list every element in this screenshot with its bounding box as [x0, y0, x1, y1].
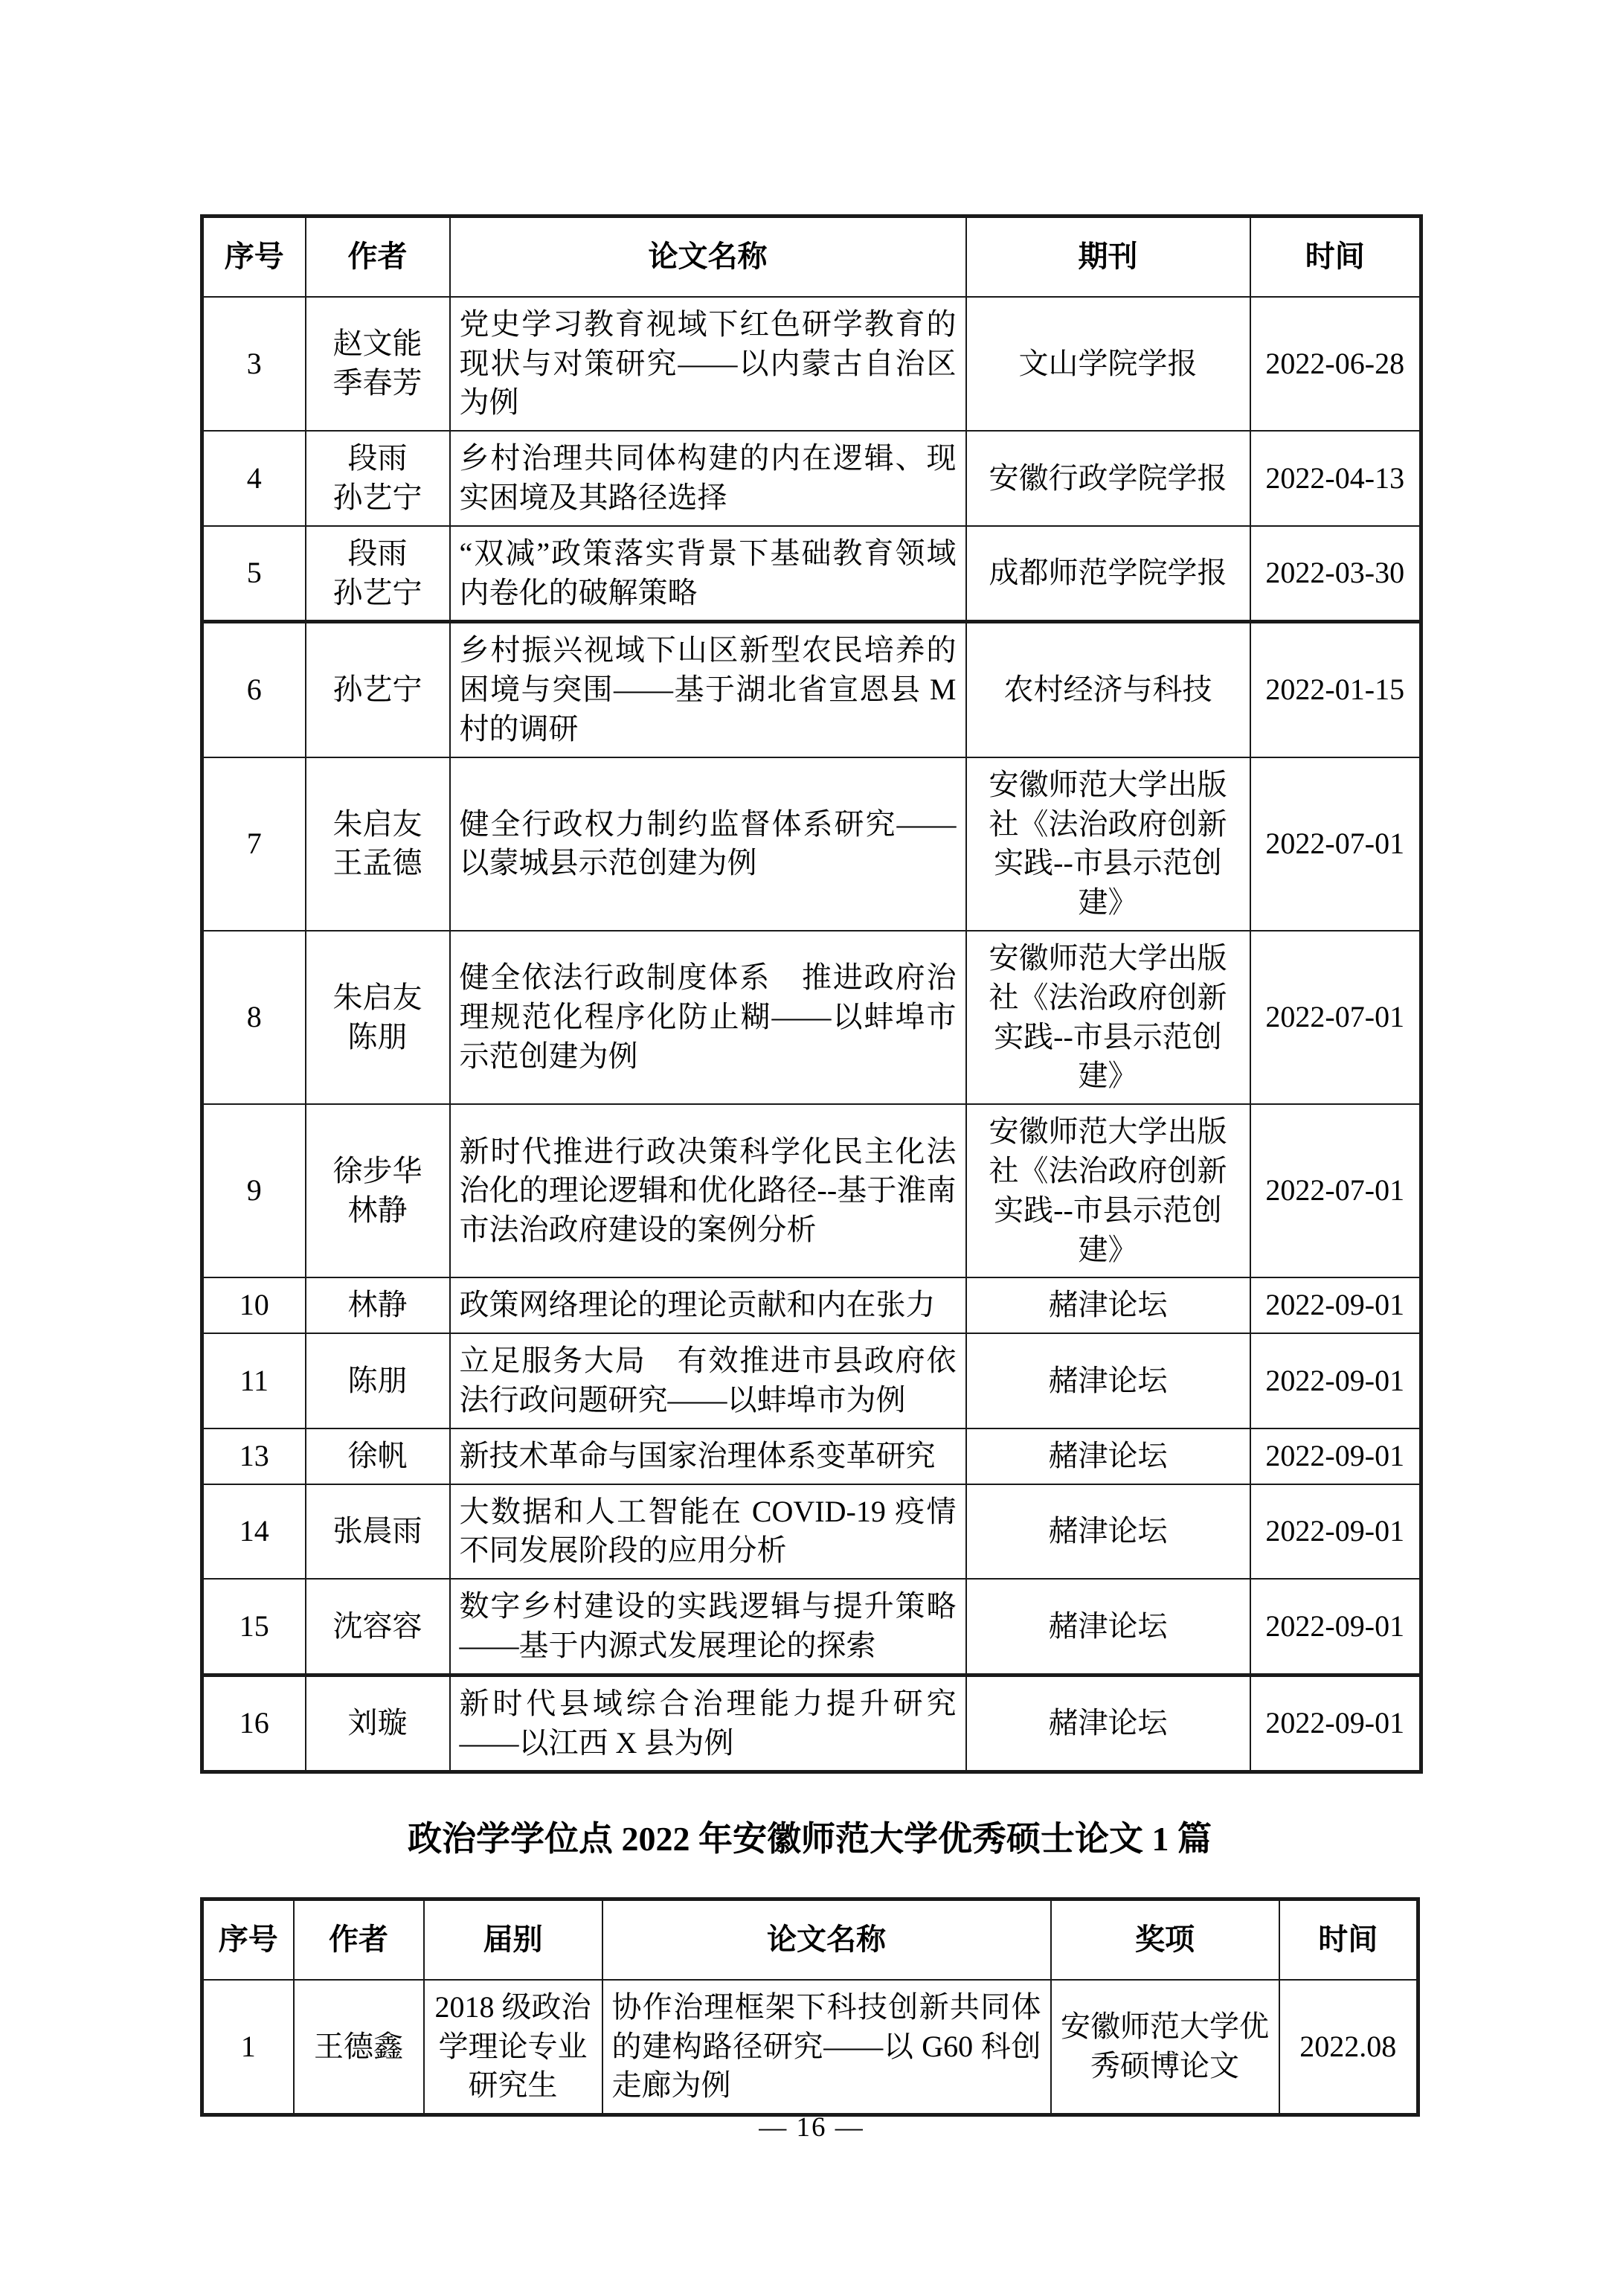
paper-no: 14 [202, 1484, 306, 1580]
paper-journal: 赭津论坛 [966, 1484, 1250, 1580]
paper-cohort: 2018 级政治学理论专业研究生 [424, 1980, 602, 2115]
paper-award: 安徽师范大学优秀硕博论文 [1051, 1980, 1279, 2115]
paper-title: “双减”政策落实背景下基础教育领域内卷化的破解策略 [450, 526, 966, 622]
paper-title: 乡村振兴视域下山区新型农民培养的困境与突围——基于湖北省宣恩县 M 村的调研 [450, 622, 966, 757]
header-title: 论文名称 [602, 1899, 1051, 1980]
paper-no: 15 [202, 1579, 306, 1675]
paper-title: 健全行政权力制约监督体系研究——以蒙城县示范创建为例 [450, 757, 966, 931]
page-content: 序号 作者 论文名称 期刊 时间 3 赵文能 季春芳 党史学习教育视域下红色研学… [200, 214, 1419, 2117]
paper-journal: 安徽行政学院学报 [966, 431, 1250, 526]
header-journal: 期刊 [966, 217, 1250, 297]
paper-date: 2022-09-01 [1250, 1333, 1421, 1428]
header-award: 奖项 [1051, 1899, 1279, 1980]
paper-title: 立足服务大局 有效推进市县政府依法行政问题研究——以蚌埠市为例 [450, 1333, 966, 1428]
paper-journal: 安徽师范大学出版社《法治政府创新实践--市县示范创建》 [966, 757, 1250, 931]
paper-no: 11 [202, 1333, 306, 1428]
paper-journal: 赭津论坛 [966, 1277, 1250, 1333]
paper-journal: 赭津论坛 [966, 1579, 1250, 1675]
table-row: 15 沈容容 数字乡村建设的实践逻辑与提升策略——基于内源式发展理论的探索 赭津… [202, 1579, 1421, 1675]
paper-no: 16 [202, 1675, 306, 1772]
header-date: 时间 [1279, 1899, 1418, 1980]
paper-no: 1 [202, 1980, 294, 2115]
paper-journal: 赭津论坛 [966, 1428, 1250, 1484]
header-cohort: 届别 [424, 1899, 602, 1980]
paper-title: 大数据和人工智能在 COVID-19 疫情不同发展阶段的应用分析 [450, 1484, 966, 1580]
paper-date: 2022-04-13 [1250, 431, 1421, 526]
table-row: 14 张晨雨 大数据和人工智能在 COVID-19 疫情不同发展阶段的应用分析 … [202, 1484, 1421, 1580]
header-title: 论文名称 [450, 217, 966, 297]
paper-journal: 农村经济与科技 [966, 622, 1250, 757]
paper-authors: 沈容容 [306, 1579, 450, 1675]
publications-table: 序号 作者 论文名称 期刊 时间 3 赵文能 季春芳 党史学习教育视域下红色研学… [200, 214, 1423, 1774]
table-row: 8 朱启友 陈朋 健全依法行政制度体系 推进政府治理规范化程序化防止糊——以蚌埠… [202, 931, 1421, 1104]
paper-date: 2022-03-30 [1250, 526, 1421, 622]
paper-authors: 朱启友 陈朋 [306, 931, 450, 1104]
paper-authors: 张晨雨 [306, 1484, 450, 1580]
section-title: 政治学学位点 2022 年安徽师范大学优秀硕士论文 1 篇 [200, 1817, 1419, 1862]
paper-date: 2022-06-28 [1250, 297, 1421, 431]
paper-journal: 成都师范学院学报 [966, 526, 1250, 622]
paper-journal: 赭津论坛 [966, 1675, 1250, 1772]
paper-title: 新时代推进行政决策科学化民主化法治化的理论逻辑和优化路径--基于淮南市法治政府建… [450, 1104, 966, 1277]
header-authors: 作者 [306, 217, 450, 297]
header-date: 时间 [1250, 217, 1421, 297]
document-page: 序号 作者 论文名称 期刊 时间 3 赵文能 季春芳 党史学习教育视域下红色研学… [0, 0, 1623, 2296]
table-row: 7 朱启友 王孟德 健全行政权力制约监督体系研究——以蒙城县示范创建为例 安徽师… [202, 757, 1421, 931]
paper-date: 2022-01-15 [1250, 622, 1421, 757]
paper-no: 13 [202, 1428, 306, 1484]
paper-authors: 朱启友 王孟德 [306, 757, 450, 931]
paper-no: 5 [202, 526, 306, 622]
paper-date: 2022.08 [1279, 1980, 1418, 2115]
paper-author: 王德鑫 [294, 1980, 424, 2115]
header-no: 序号 [202, 217, 306, 297]
awards-header-row: 序号 作者 届别 论文名称 奖项 时间 [202, 1899, 1418, 1980]
paper-journal: 赭津论坛 [966, 1333, 1250, 1428]
paper-title: 数字乡村建设的实践逻辑与提升策略——基于内源式发展理论的探索 [450, 1579, 966, 1675]
paper-authors: 刘璇 [306, 1675, 450, 1772]
paper-authors: 徐帆 [306, 1428, 450, 1484]
table-row: 11 陈朋 立足服务大局 有效推进市县政府依法行政问题研究——以蚌埠市为例 赭津… [202, 1333, 1421, 1428]
table-row: 4 段雨 孙艺宁 乡村治理共同体构建的内在逻辑、现实困境及其路径选择 安徽行政学… [202, 431, 1421, 526]
paper-title: 协作治理框架下科技创新共同体的建构路径研究——以 G60 科创走廊为例 [602, 1980, 1051, 2115]
table-row: 13 徐帆 新技术革命与国家治理体系变革研究 赭津论坛 2022-09-01 [202, 1428, 1421, 1484]
paper-date: 2022-09-01 [1250, 1428, 1421, 1484]
paper-date: 2022-09-01 [1250, 1579, 1421, 1675]
paper-date: 2022-09-01 [1250, 1277, 1421, 1333]
paper-authors: 林静 [306, 1277, 450, 1333]
paper-date: 2022-07-01 [1250, 757, 1421, 931]
table-row: 10 林静 政策网络理论的理论贡献和内在张力 赭津论坛 2022-09-01 [202, 1277, 1421, 1333]
paper-title: 新技术革命与国家治理体系变革研究 [450, 1428, 966, 1484]
paper-no: 6 [202, 622, 306, 757]
paper-no: 3 [202, 297, 306, 431]
paper-no: 8 [202, 931, 306, 1104]
table-row: 1 王德鑫 2018 级政治学理论专业研究生 协作治理框架下科技创新共同体的建构… [202, 1980, 1418, 2115]
table-row: 5 段雨 孙艺宁 “双减”政策落实背景下基础教育领域内卷化的破解策略 成都师范学… [202, 526, 1421, 622]
paper-date: 2022-09-01 [1250, 1484, 1421, 1580]
paper-date: 2022-09-01 [1250, 1675, 1421, 1772]
paper-title: 乡村治理共同体构建的内在逻辑、现实困境及其路径选择 [450, 431, 966, 526]
table-row: 16 刘璇 新时代县域综合治理能力提升研究——以江西 X 县为例 赭津论坛 20… [202, 1675, 1421, 1772]
paper-authors: 陈朋 [306, 1333, 450, 1428]
awards-table: 序号 作者 届别 论文名称 奖项 时间 1 王德鑫 2018 级政治学理论专业研… [200, 1897, 1420, 2117]
paper-authors: 孙艺宁 [306, 622, 450, 757]
table-row: 6 孙艺宁 乡村振兴视域下山区新型农民培养的困境与突围——基于湖北省宣恩县 M … [202, 622, 1421, 757]
page-number: — 16 — [0, 2111, 1623, 2143]
publications-header-row: 序号 作者 论文名称 期刊 时间 [202, 217, 1421, 297]
paper-title: 党史学习教育视域下红色研学教育的现状与对策研究——以内蒙古自治区为例 [450, 297, 966, 431]
header-no: 序号 [202, 1899, 294, 1980]
paper-date: 2022-07-01 [1250, 931, 1421, 1104]
paper-date: 2022-07-01 [1250, 1104, 1421, 1277]
paper-title: 政策网络理论的理论贡献和内在张力 [450, 1277, 966, 1333]
paper-journal: 安徽师范大学出版社《法治政府创新实践--市县示范创建》 [966, 931, 1250, 1104]
paper-title: 健全依法行政制度体系 推进政府治理规范化程序化防止糊——以蚌埠市示范创建为例 [450, 931, 966, 1104]
paper-authors: 段雨 孙艺宁 [306, 526, 450, 622]
paper-authors: 赵文能 季春芳 [306, 297, 450, 431]
paper-no: 7 [202, 757, 306, 931]
paper-journal: 文山学院学报 [966, 297, 1250, 431]
paper-no: 9 [202, 1104, 306, 1277]
paper-title: 新时代县域综合治理能力提升研究——以江西 X 县为例 [450, 1675, 966, 1772]
paper-authors: 段雨 孙艺宁 [306, 431, 450, 526]
paper-journal: 安徽师范大学出版社《法治政府创新实践--市县示范创建》 [966, 1104, 1250, 1277]
paper-no: 4 [202, 431, 306, 526]
paper-no: 10 [202, 1277, 306, 1333]
paper-authors: 徐步华 林静 [306, 1104, 450, 1277]
header-author: 作者 [294, 1899, 424, 1980]
table-row: 3 赵文能 季春芳 党史学习教育视域下红色研学教育的现状与对策研究——以内蒙古自… [202, 297, 1421, 431]
table-row: 9 徐步华 林静 新时代推进行政决策科学化民主化法治化的理论逻辑和优化路径--基… [202, 1104, 1421, 1277]
